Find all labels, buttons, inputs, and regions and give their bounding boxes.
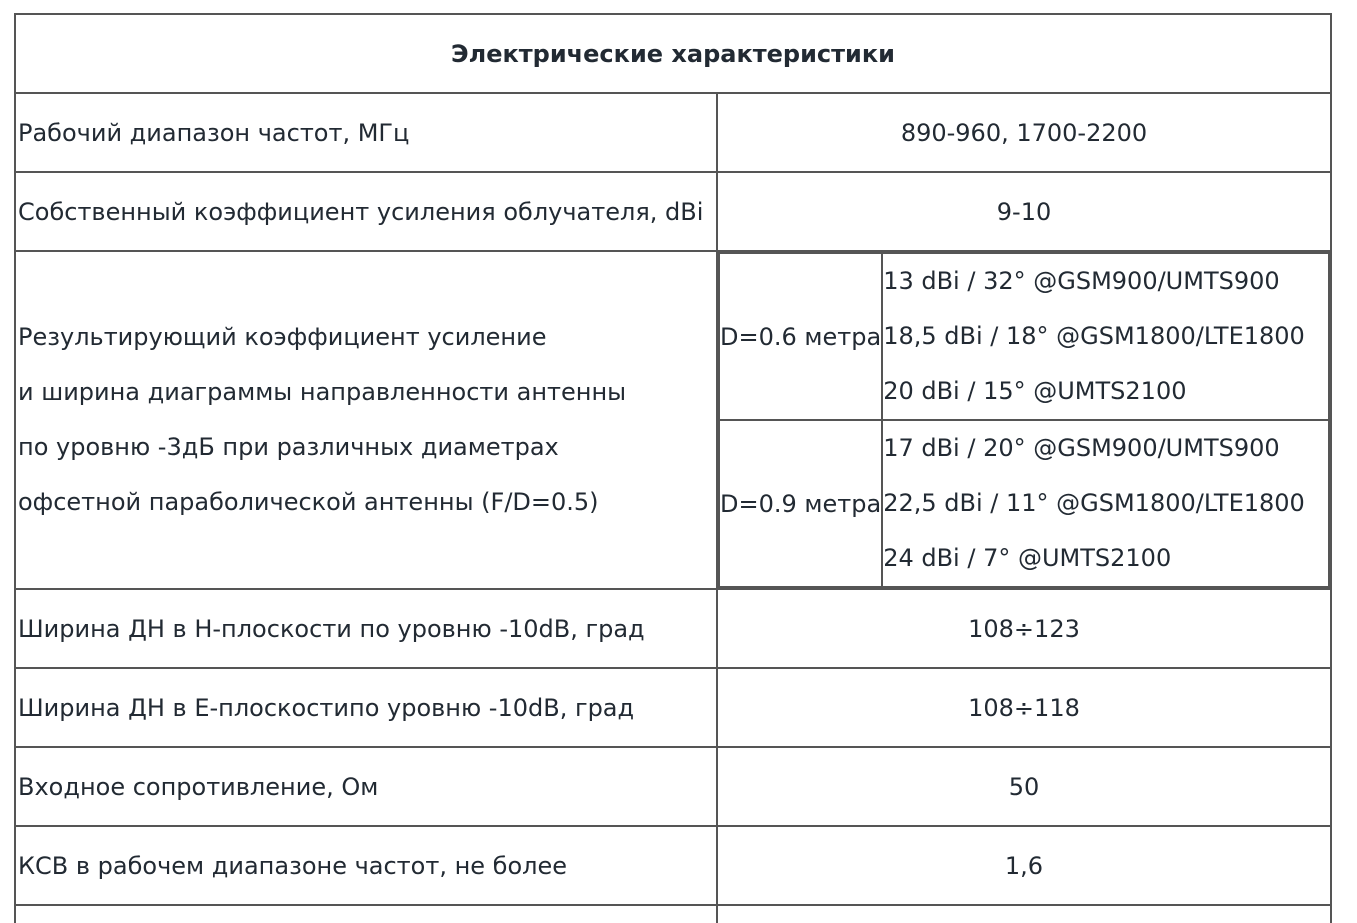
row-value: 108÷123 [717,589,1331,668]
gain-label-line: офсетной параболической антенны (F/D=0.5… [18,475,716,530]
diameter-values: 13 dBi / 32° @GSM900/UMTS900 18,5 dBi / … [882,253,1329,420]
row-value: 9-10 [717,172,1331,251]
gain-label-line: Результирующий коэффициент усиление [18,310,716,365]
diameter-row: D=0.9 метра 17 dBi / 20° @GSM900/UMTS900… [719,420,1329,587]
table-title: Электрические характеристики [15,14,1331,93]
row-value: 1,6 [717,826,1331,905]
gain-value: 17 dBi / 20° @GSM900/UMTS900 [883,421,1328,476]
row-label: Собственный коэффициент усиления облучат… [15,172,717,251]
row-label: КСВ в рабочем диапазоне частот, не более [15,826,717,905]
electrical-specs-table: Электрические характеристики Рабочий диа… [14,13,1332,923]
diameter-label: D=0.6 метра [719,253,882,420]
diameter-row: D=0.6 метра 13 dBi / 32° @GSM900/UMTS900… [719,253,1329,420]
gain-value: 13 dBi / 32° @GSM900/UMTS900 [883,254,1328,309]
gain-value: 20 dBi / 15° @UMTS2100 [883,364,1328,419]
row-value: 890-960, 1700-2200 [717,93,1331,172]
gain-label-line: по уровню -3дБ при различных диаметрах [18,420,716,475]
row-label: Ширина ДН в Е-плоскостипо уровню -10dB, … [15,668,717,747]
table-row: Собственный коэффициент усиления облучат… [15,172,1331,251]
row-value: 50 [717,747,1331,826]
gain-label: Результирующий коэффициент усиление и ши… [15,251,717,589]
table-row: Входное сопротивление, Ом 50 [15,747,1331,826]
diameter-subtable: D=0.6 метра 13 dBi / 32° @GSM900/UMTS900… [718,252,1330,588]
table-header-row: Электрические характеристики [15,14,1331,93]
gain-value: 24 dBi / 7° @UMTS2100 [883,531,1328,586]
gain-values-cell: D=0.6 метра 13 dBi / 32° @GSM900/UMTS900… [717,251,1331,589]
table-row: Рабочий диапазон частот, МГц 890-960, 17… [15,93,1331,172]
row-label: Рабочий диапазон частот, МГц [15,93,717,172]
row-label: Входное сопротивление, Ом [15,747,717,826]
diameter-values: 17 dBi / 20° @GSM900/UMTS900 22,5 dBi / … [882,420,1329,587]
row-label: Ширина ДН в Н-плоскости по уровню -10dB,… [15,589,717,668]
table-row: Ширина ДН в Е-плоскостипо уровню -10dB, … [15,668,1331,747]
gain-value: 18,5 dBi / 18° @GSM1800/LTE1800 [883,309,1328,364]
table-row-gain: Результирующий коэффициент усиление и ши… [15,251,1331,589]
table-row: Ширина ДН в Н-плоскости по уровню -10dB,… [15,589,1331,668]
gain-value: 22,5 dBi / 11° @GSM1800/LTE1800 [883,476,1328,531]
row-value: 108÷118 [717,668,1331,747]
gain-label-line: и ширина диаграммы направленности антенн… [18,365,716,420]
row-label [15,905,717,923]
row-value [717,905,1331,923]
table-row-cutoff [15,905,1331,923]
table-row: КСВ в рабочем диапазоне частот, не более… [15,826,1331,905]
diameter-label: D=0.9 метра [719,420,882,587]
